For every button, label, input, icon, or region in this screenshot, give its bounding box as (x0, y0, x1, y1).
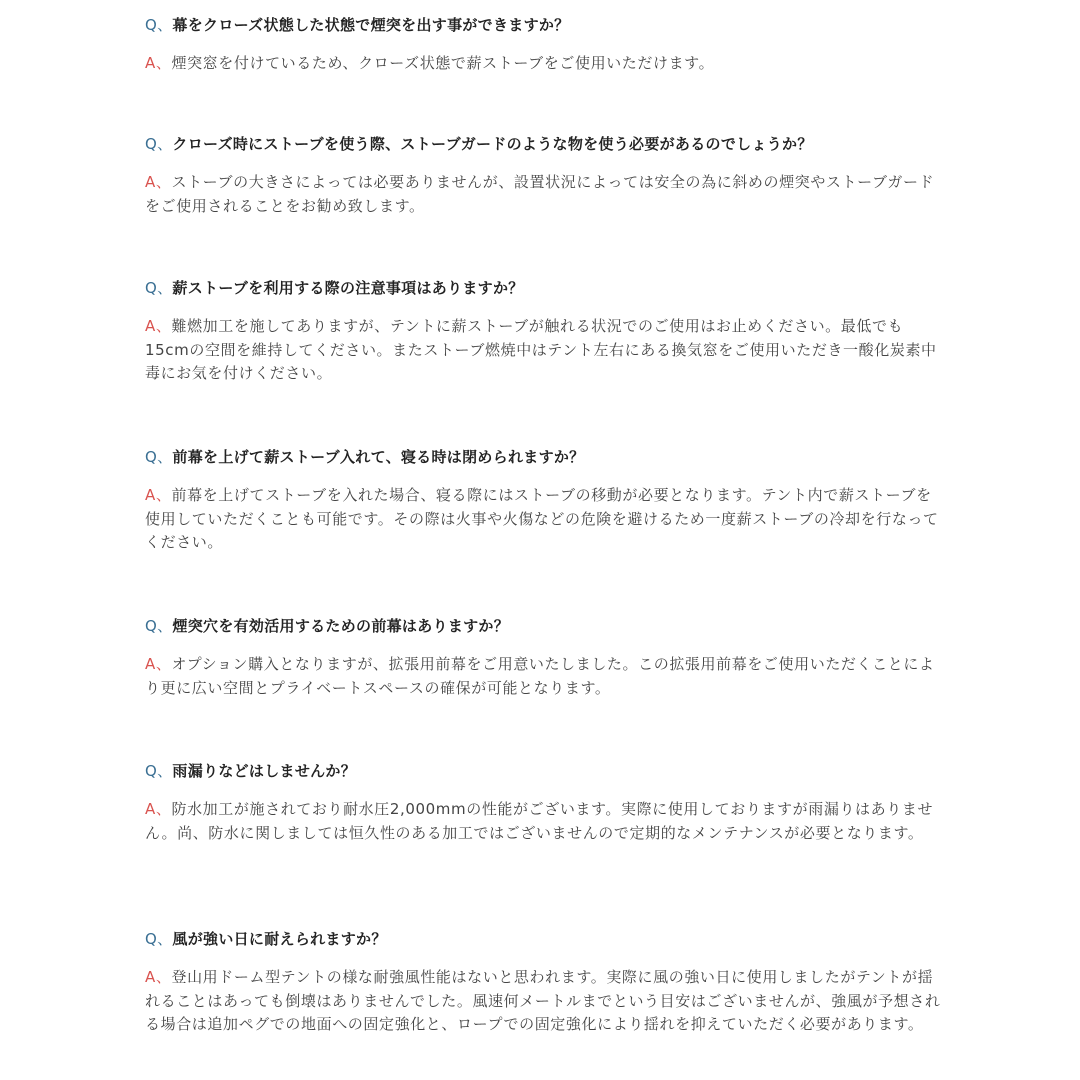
a-marker: A、 (145, 54, 171, 72)
question-text: 薪ストーブを利用する際の注意事項はありますか？ (172, 279, 523, 297)
faq-question: Q、風が強い日に耐えられますか？ (145, 928, 945, 950)
faq-answer: A、ストーブの大きさによっては必要ありませんが、設置状況によっては安全の為に斜め… (145, 171, 945, 218)
faq-question: Q、幕をクローズ状態した状態で煙突を出す事ができますか？ (145, 14, 945, 36)
question-text: クローズ時にストーブを使う際、ストーブガードのような物を使う必要があるのでしょう… (172, 135, 812, 153)
faq-item: Q、幕をクローズ状態した状態で煙突を出す事ができますか？ A、煙突窓を付けている… (145, 14, 945, 76)
faq-item: Q、クローズ時にストーブを使う際、ストーブガードのような物を使う必要があるのでし… (145, 133, 945, 218)
q-marker: Q、 (145, 279, 172, 297)
faq-answer: A、前幕を上げてストーブを入れた場合、寝る際にはストーブの移動が必要となります。… (145, 484, 945, 555)
a-marker: A、 (145, 800, 171, 818)
faq-item: Q、雨漏りなどはしませんか？ A、防水加工が施されており耐水圧2,000mmの性… (145, 760, 945, 845)
a-marker: A、 (145, 173, 171, 191)
question-text: 前幕を上げて薪ストーブ入れて、寝る時は閉められますか？ (172, 448, 584, 466)
faq-item: Q、風が強い日に耐えられますか？ A、登山用ドーム型テントの様な耐強風性能はない… (145, 928, 945, 1037)
faq-item: Q、煙突穴を有効活用するための前幕はありますか？ A、オプション購入となりますが… (145, 615, 945, 700)
q-marker: Q、 (145, 762, 172, 780)
faq-item: Q、薪ストーブを利用する際の注意事項はありますか？ A、難燃加工を施してあります… (145, 277, 945, 386)
answer-text: 登山用ドーム型テントの様な耐強風性能はないと思われます。実際に風の強い日に使用し… (145, 968, 940, 1033)
q-marker: Q、 (145, 617, 172, 635)
faq-question: Q、クローズ時にストーブを使う際、ストーブガードのような物を使う必要があるのでし… (145, 133, 945, 155)
faq-question: Q、煙突穴を有効活用するための前幕はありますか？ (145, 615, 945, 637)
answer-text: オプション購入となりますが、拡張用前幕をご用意いたしました。この拡張用前幕をご使… (145, 655, 935, 697)
faq-answer: A、煙突窓を付けているため、クローズ状態で薪ストーブをご使用いただけます。 (145, 52, 945, 76)
a-marker: A、 (145, 655, 171, 673)
q-marker: Q、 (145, 16, 172, 34)
faq-question: Q、雨漏りなどはしませんか？ (145, 760, 945, 782)
answer-text: 防水加工が施されており耐水圧2,000mmの性能がございます。実際に使用しており… (145, 800, 933, 842)
faq-answer: A、登山用ドーム型テントの様な耐強風性能はないと思われます。実際に風の強い日に使… (145, 966, 945, 1037)
q-marker: Q、 (145, 448, 172, 466)
answer-text: 前幕を上げてストーブを入れた場合、寝る際にはストーブの移動が必要となります。テン… (145, 486, 939, 551)
answer-text: 難燃加工を施してありますが、テントに薪ストーブが触れる状況でのご使用はお止めくだ… (145, 317, 937, 382)
q-marker: Q、 (145, 135, 172, 153)
question-text: 幕をクローズ状態した状態で煙突を出す事ができますか？ (172, 16, 569, 34)
a-marker: A、 (145, 317, 171, 335)
faq-answer: A、難燃加工を施してありますが、テントに薪ストーブが触れる状況でのご使用はお止め… (145, 315, 945, 386)
faq-answer: A、防水加工が施されており耐水圧2,000mmの性能がございます。実際に使用して… (145, 798, 945, 845)
question-text: 風が強い日に耐えられますか？ (172, 930, 386, 948)
question-text: 雨漏りなどはしませんか？ (172, 762, 356, 780)
question-text: 煙突穴を有効活用するための前幕はありますか？ (172, 617, 509, 635)
answer-text: ストーブの大きさによっては必要ありませんが、設置状況によっては安全の為に斜めの煙… (145, 173, 934, 215)
a-marker: A、 (145, 968, 171, 986)
faq-question: Q、薪ストーブを利用する際の注意事項はありますか？ (145, 277, 945, 299)
faq-item: Q、前幕を上げて薪ストーブ入れて、寝る時は閉められますか？ A、前幕を上げてスト… (145, 446, 945, 555)
answer-text: 煙突窓を付けているため、クローズ状態で薪ストーブをご使用いただけます。 (171, 54, 714, 72)
faq-question: Q、前幕を上げて薪ストーブ入れて、寝る時は閉められますか？ (145, 446, 945, 468)
a-marker: A、 (145, 486, 171, 504)
q-marker: Q、 (145, 930, 172, 948)
faq-answer: A、オプション購入となりますが、拡張用前幕をご用意いたしました。この拡張用前幕を… (145, 653, 945, 700)
